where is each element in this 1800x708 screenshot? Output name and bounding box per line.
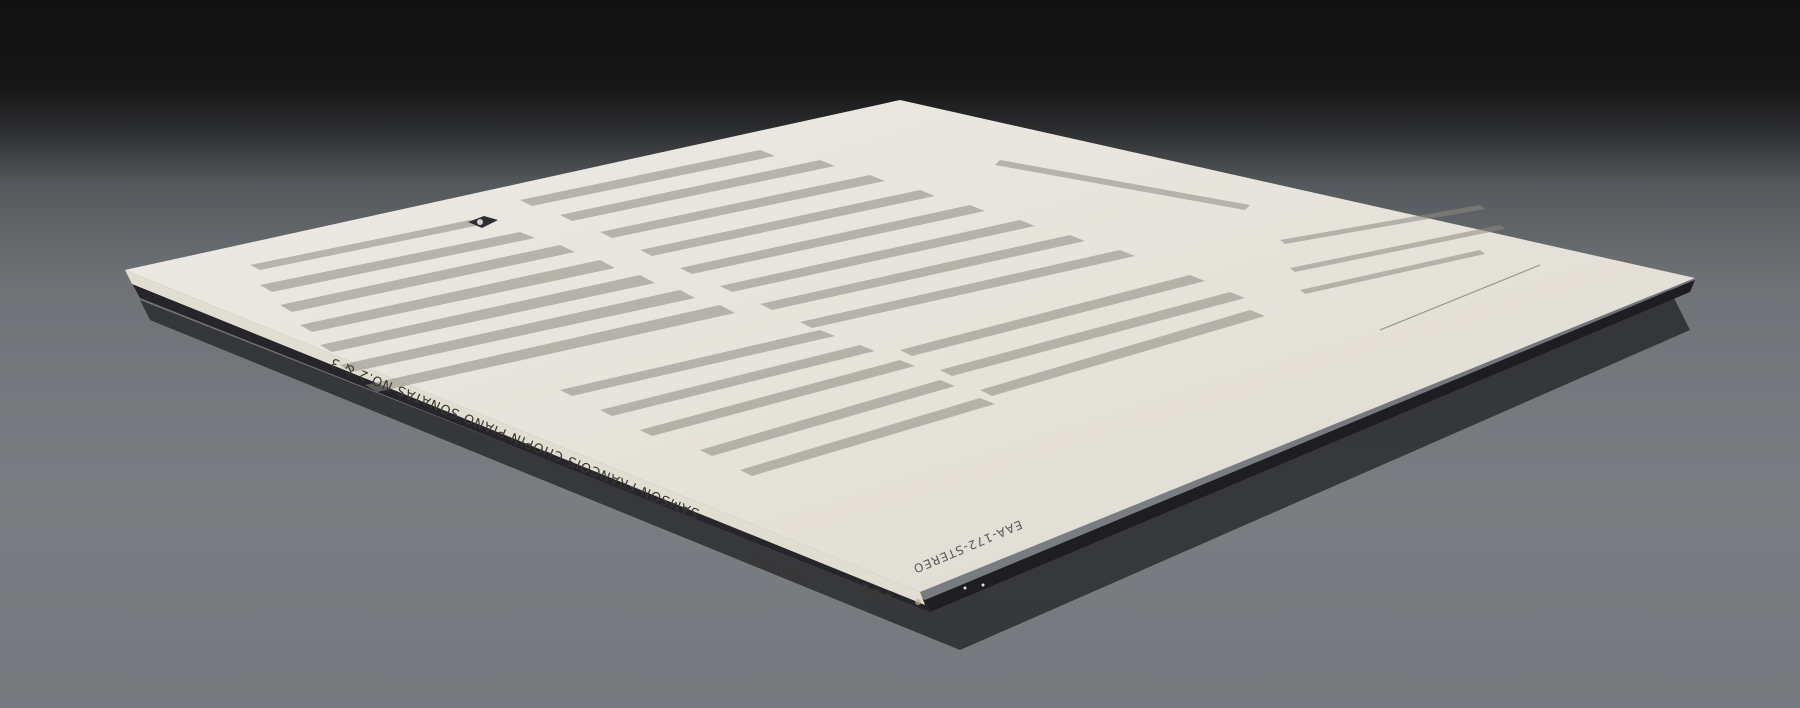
photo-scene: SAMSON FRANCOIS CHOPIN PIANO SONATAS NO.… bbox=[0, 0, 1800, 708]
sleeve-face bbox=[125, 100, 1695, 592]
record-sleeve-illustration: SAMSON FRANCOIS CHOPIN PIANO SONATAS NO.… bbox=[0, 0, 1800, 708]
